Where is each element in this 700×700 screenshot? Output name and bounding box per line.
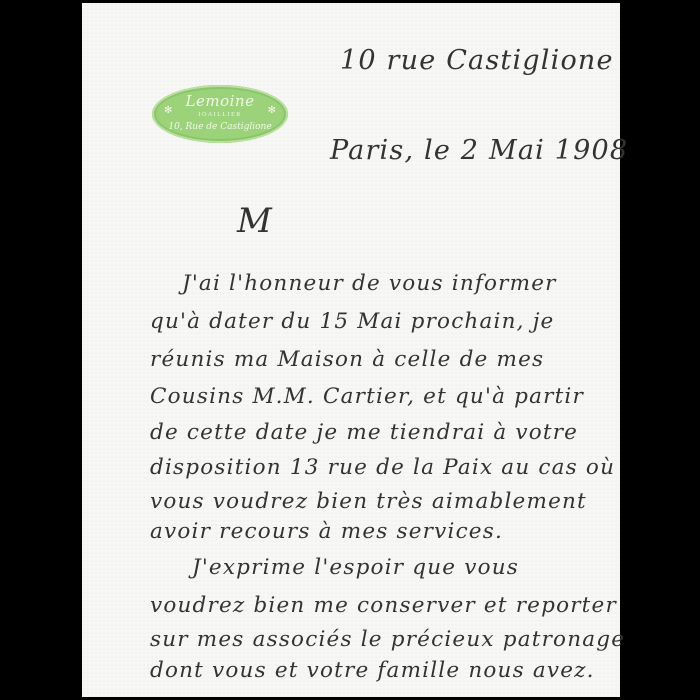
body-line: J'exprime l'espoir que vous (192, 555, 519, 580)
brand-name: Lemoine (152, 92, 288, 110)
letter-date: Paris, le 2 Mai 1908 (330, 135, 628, 166)
body-line: J'ai l'honneur de vous informer (182, 271, 557, 296)
body-line: sur mes associés le précieux patronage (150, 627, 625, 652)
sender-address: 10 rue Castiglione (340, 45, 614, 76)
body-line: qu'à dater du 15 Mai prochain, je (150, 309, 554, 334)
body-line: réunis ma Maison à celle de mes (150, 347, 544, 372)
body-line: voudrez bien me conserver et reporter (150, 593, 617, 618)
body-line: dont vous et votre famille nous avez. (150, 658, 595, 683)
letter-page: ✻ ✻ Lemoine JOAILLIER 10, Rue de Castigl… (82, 3, 620, 697)
body-line: avoir recours à mes services. (150, 519, 503, 544)
trade-title: JOAILLIER (152, 112, 288, 118)
body-line: disposition 13 rue de la Paix au cas où (150, 455, 615, 480)
letterhead-address: 10, Rue de Castiglione (152, 122, 288, 132)
body-line: Cousins M.M. Cartier, et qu'à partir (150, 384, 584, 409)
body-line: de cette date je me tiendrai à votre (150, 420, 578, 445)
lemoine-letterhead-label: ✻ ✻ Lemoine JOAILLIER 10, Rue de Castigl… (152, 85, 288, 143)
body-line: vous voudrez bien très aimablement (150, 489, 587, 514)
salutation: M (237, 201, 273, 241)
